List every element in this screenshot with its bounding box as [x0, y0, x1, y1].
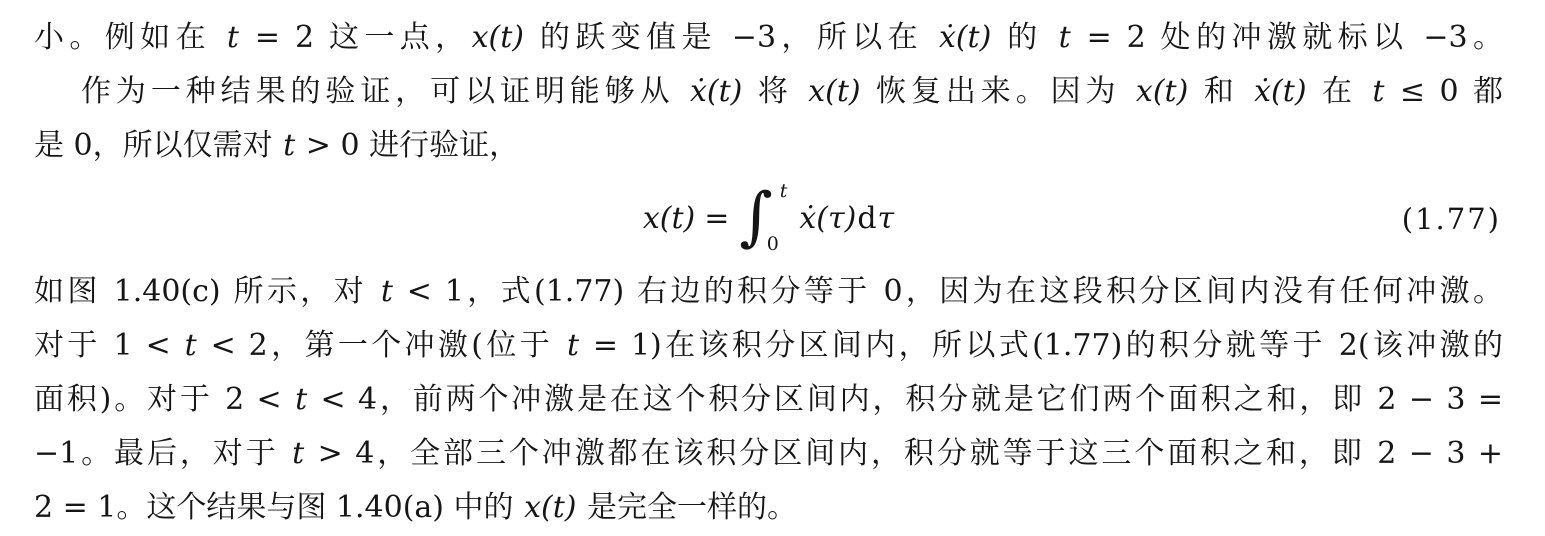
- display-equation-row: x(t) = ∫ t 0 ẋ(τ)dτ (1.77): [34, 173, 1503, 265]
- integral: ∫ t 0: [739, 186, 798, 252]
- text-line-7: −1。最后，对于 t > 4，全部三个冲激都在该积分区间内，积分就等于这三个面积…: [34, 427, 1503, 481]
- text-line-4: 如图 1.40(c) 所示，对 t < 1，式(1.77) 右边的积分等于 0，…: [34, 265, 1503, 319]
- textbook-page: 小。例如在 t = 2 这一点，x(t) 的跃变值是 −3，所以在 ẋ(t) 的…: [0, 0, 1545, 536]
- equation-lhs: x(t): [642, 204, 696, 234]
- text-line-1: 小。例如在 t = 2 这一点，x(t) 的跃变值是 −3，所以在 ẋ(t) 的…: [34, 11, 1503, 65]
- equation-1-77: x(t) = ∫ t 0 ẋ(τ)dτ: [642, 186, 895, 252]
- text-line-2: 作为一种结果的验证，可以证明能够从 ẋ(t) 将 x(t) 恢复出来。因为 x(…: [34, 65, 1503, 119]
- integrand: ẋ(τ)dτ: [798, 204, 895, 234]
- equation-number: (1.77): [1402, 192, 1501, 246]
- text-line-8: 2 = 1。这个结果与图 1.40(a) 中的 x(t) 是完全一样的。: [34, 481, 1503, 535]
- text-line-3: 是 0，所以仅需对 t > 0 进行验证，: [34, 119, 1503, 173]
- integral-sign: ∫: [739, 187, 772, 247]
- text-line-5: 对于 1 < t < 2，第一个冲激(位于 t = 1)在该积分区间内，所以式(…: [34, 319, 1503, 373]
- text-line-6: 面积)。对于 2 < t < 4，前两个冲激是在这个积分区间内，积分就是它们两个…: [34, 373, 1503, 427]
- integral-upper-limit: t: [779, 182, 789, 201]
- equals-sign: =: [696, 204, 739, 234]
